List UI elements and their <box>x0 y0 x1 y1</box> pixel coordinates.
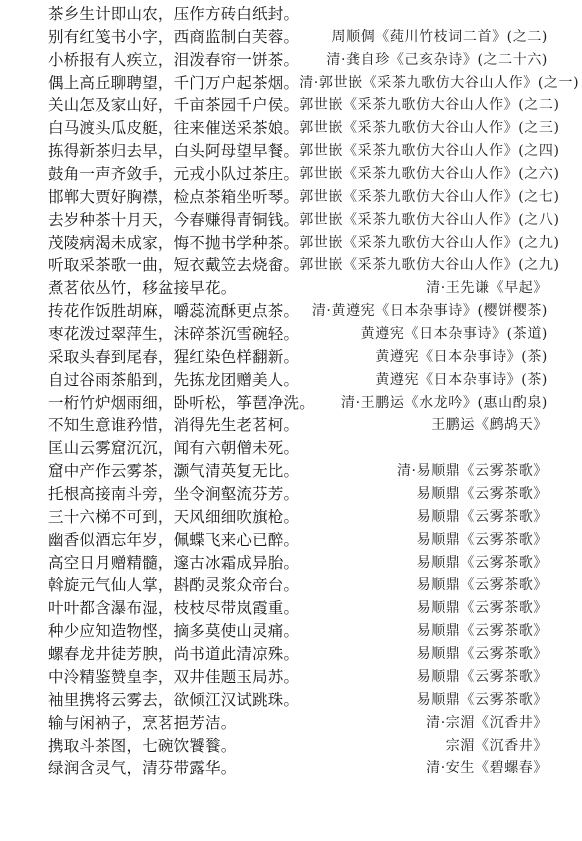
verse-text: 叶叶都含瀑布湿，枝枝尽带岚霞重。 <box>48 597 299 620</box>
verse-attribution: 清·易顺鼎《云雾茶歌》 <box>397 460 548 483</box>
verse-text: 高空日月赠精髓，邃古冰霜成异胎。 <box>48 552 299 575</box>
verse-attribution: 易顺鼎《云雾茶歌》 <box>417 552 548 575</box>
verse-text: 一桁竹炉烟雨细，卧听松，筝琶净洗。 <box>48 392 315 415</box>
verse-text: 鼓角一声齐敛手，元戎小队过茶庄。 <box>48 163 299 186</box>
verse-attribution: 易顺鼎《云雾茶歌》 <box>417 529 548 552</box>
verse-text: 袖里携将云雾去，欲倾江汉试跳珠。 <box>48 689 299 712</box>
verse-attribution: 清·王鹏运《水龙吟》(惠山酌泉) <box>341 392 548 415</box>
verse-line: 绿润含灵气，清芬带露华。清·安生《碧螺春》 <box>48 757 548 780</box>
verse-text: 茂陵病渴未成家，悔不抛书学种茶。 <box>48 232 299 255</box>
verse-attribution: 易顺鼎《云雾茶歌》 <box>417 643 548 666</box>
verse-attribution: 清·郭世嵌《采茶九歌仿大谷山人作》(之一) <box>299 72 579 95</box>
verse-text: 斡旋元气仙人掌，斟酌灵浆众帝台。 <box>48 574 299 597</box>
verse-attribution: 郭世嵌《采茶九歌仿大谷山人作》(之九) <box>299 232 559 255</box>
verse-text: 去岁种茶十月天，今春赚得青铜钱。 <box>48 209 299 232</box>
verse-line: 采取头春到尾春，猩红染色样翻新。黄遵宪《日本杂事诗》(茶) <box>48 346 548 369</box>
verse-text: 听取采茶歌一曲，短衣戴笠去烧畲。 <box>48 254 299 277</box>
verse-line: 螺春龙井徒芳腴，尚书道此清凉殊。易顺鼎《云雾茶歌》 <box>48 643 548 666</box>
verse-text: 中泠精鉴赞皇李，双井佳题玉局苏。 <box>48 666 299 689</box>
verse-text: 匡山云雾窟沉沉，闻有六朝僧未死。 <box>48 437 299 460</box>
verse-text: 携取斗茶图，七碗饮饕餮。 <box>48 735 236 758</box>
verse-line: 鼓角一声齐敛手，元戎小队过茶庄。郭世嵌《采茶九歌仿大谷山人作》(之六) <box>48 163 548 186</box>
verse-text: 螺春龙井徒芳腴，尚书道此清凉殊。 <box>48 643 299 666</box>
verse-line: 匡山云雾窟沉沉，闻有六朝僧未死。 <box>48 437 548 460</box>
verse-line: 茶乡生计即山农，压作方砖白纸封。 <box>48 3 548 26</box>
verse-attribution: 清·王先谦《早起》 <box>426 277 548 300</box>
verse-line: 去岁种茶十月天，今春赚得青铜钱。郭世嵌《采茶九歌仿大谷山人作》(之八) <box>48 209 548 232</box>
verse-line: 煮茗依丛竹，移盆接早花。清·王先谦《早起》 <box>48 277 548 300</box>
verse-text: 窟中产作云雾茶，灏气清英复无比。 <box>48 460 299 483</box>
verse-line: 枣花泼过翠萍生，沫碎茶沉雪碗轻。黄遵宪《日本杂事诗》(茶道) <box>48 323 548 346</box>
verse-line: 叶叶都含瀑布湿，枝枝尽带岚霞重。易顺鼎《云雾茶歌》 <box>48 597 548 620</box>
verse-attribution: 易顺鼎《云雾茶歌》 <box>417 689 548 712</box>
verse-attribution: 王鹏运《鹧鸪天》 <box>431 414 548 437</box>
verse-attribution: 易顺鼎《云雾茶歌》 <box>417 666 548 689</box>
verse-attribution: 清·龚自珍《己亥杂诗》(之二十六) <box>326 49 548 72</box>
verse-attribution: 易顺鼎《云雾茶歌》 <box>417 620 548 643</box>
verse-line: 别有红笺书小字，西商监制白芙蓉。周顺倜《莼川竹枝词二首》(之二) <box>48 26 548 49</box>
verse-text: 采取头春到尾春，猩红染色样翻新。 <box>48 346 299 369</box>
verse-attribution: 易顺鼎《云雾茶歌》 <box>417 483 548 506</box>
verse-line: 茂陵病渴未成家，悔不抛书学种茶。郭世嵌《采茶九歌仿大谷山人作》(之九) <box>48 232 548 255</box>
verse-list: 茶乡生计即山农，压作方砖白纸封。别有红笺书小字，西商监制白芙蓉。周顺倜《莼川竹枝… <box>48 3 548 780</box>
verse-line: 自过谷雨茶船到，先拣龙团赠美人。黄遵宪《日本杂事诗》(茶) <box>48 369 548 392</box>
verse-attribution: 宗湄《沉香井》 <box>446 735 548 758</box>
verse-attribution: 郭世嵌《采茶九歌仿大谷山人作》(之三) <box>299 117 559 140</box>
verse-text: 幽香似酒忘年岁，佩蝶飞来心已醉。 <box>48 529 299 552</box>
verse-text: 枣花泼过翠萍生，沫碎茶沉雪碗轻。 <box>48 323 299 346</box>
verse-line: 白马渡头瓜皮艇，往来催送采茶娘。郭世嵌《采茶九歌仿大谷山人作》(之三) <box>48 117 548 140</box>
verse-line: 偶上高丘聊聘望，千门万户起茶烟。清·郭世嵌《采茶九歌仿大谷山人作》(之一) <box>48 72 548 95</box>
verse-line: 邯郸大贾好胸襟，检点茶箱坐听琴。郭世嵌《采茶九歌仿大谷山人作》(之七) <box>48 186 548 209</box>
verse-line: 窟中产作云雾茶，灏气清英复无比。清·易顺鼎《云雾茶歌》 <box>48 460 548 483</box>
verse-line: 一桁竹炉烟雨细，卧听松，筝琶净洗。清·王鹏运《水龙吟》(惠山酌泉) <box>48 392 548 415</box>
verse-attribution: 黄遵宪《日本杂事诗》(茶) <box>375 369 548 392</box>
verse-text: 小桥报有人疾立，泪泼春帘一饼茶。 <box>48 49 299 72</box>
verse-line: 不知生意谁矜惜，消得先生老茗柯。王鹏运《鹧鸪天》 <box>48 414 548 437</box>
verse-attribution: 郭世嵌《采茶九歌仿大谷山人作》(之二) <box>299 94 559 117</box>
verse-text: 拣得新茶归去早，白头阿母望早餐。 <box>48 140 299 163</box>
verse-line: 输与闲衲子，烹茗挹芳洁。清·宗湄《沉香井》 <box>48 712 548 735</box>
verse-attribution: 易顺鼎《云雾茶歌》 <box>417 574 548 597</box>
verse-text: 不知生意谁矜惜，消得先生老茗柯。 <box>48 414 299 437</box>
verse-text: 输与闲衲子，烹茗挹芳洁。 <box>48 712 236 735</box>
verse-text: 偶上高丘聊聘望，千门万户起茶烟。 <box>48 72 299 95</box>
verse-line: 幽香似酒忘年岁，佩蝶飞来心已醉。易顺鼎《云雾茶歌》 <box>48 529 548 552</box>
verse-line: 抟花作饭胜胡麻，嚼蕊流酥更点茶。清·黄遵宪《日本杂事诗》(樱饼樱茶) <box>48 300 548 323</box>
verse-attribution: 黄遵宪《日本杂事诗》(茶道) <box>361 323 548 346</box>
verse-text: 邯郸大贾好胸襟，检点茶箱坐听琴。 <box>48 186 299 209</box>
verse-text: 种少应知造物悭，摘多莫使山灵痛。 <box>48 620 299 643</box>
verse-line: 小桥报有人疾立，泪泼春帘一饼茶。清·龚自珍《己亥杂诗》(之二十六) <box>48 49 548 72</box>
verse-text: 自过谷雨茶船到，先拣龙团赠美人。 <box>48 369 299 392</box>
verse-text: 别有红笺书小字，西商监制白芙蓉。 <box>48 26 299 49</box>
verse-text: 托根高接南斗旁，坐令涧壑流芬芳。 <box>48 483 299 506</box>
verse-attribution: 郭世嵌《采茶九歌仿大谷山人作》(之四) <box>299 140 559 163</box>
verse-line: 拣得新茶归去早，白头阿母望早餐。郭世嵌《采茶九歌仿大谷山人作》(之四) <box>48 140 548 163</box>
verse-attribution: 郭世嵌《采茶九歌仿大谷山人作》(之九) <box>299 254 559 277</box>
verse-attribution: 黄遵宪《日本杂事诗》(茶) <box>375 346 548 369</box>
verse-text: 煮茗依丛竹，移盆接早花。 <box>48 277 236 300</box>
verse-line: 关山怎及家山好，千亩茶园千户侯。郭世嵌《采茶九歌仿大谷山人作》(之二) <box>48 94 548 117</box>
verse-text: 三十六梯不可到，天风细细吹旗枪。 <box>48 506 299 529</box>
verse-line: 高空日月赠精髓，邃古冰霜成异胎。易顺鼎《云雾茶歌》 <box>48 552 548 575</box>
verse-text: 茶乡生计即山农，压作方砖白纸封。 <box>48 3 299 26</box>
verse-text: 白马渡头瓜皮艇，往来催送采茶娘。 <box>48 117 299 140</box>
verse-line: 三十六梯不可到，天风细细吹旗枪。易顺鼎《云雾茶歌》 <box>48 506 548 529</box>
verse-line: 听取采茶歌一曲，短衣戴笠去烧畲。郭世嵌《采茶九歌仿大谷山人作》(之九) <box>48 254 548 277</box>
verse-line: 托根高接南斗旁，坐令涧壑流芬芳。易顺鼎《云雾茶歌》 <box>48 483 548 506</box>
verse-attribution: 周顺倜《莼川竹枝词二首》(之二) <box>331 26 548 49</box>
document-page: 茶乡生计即山农，压作方砖白纸封。别有红笺书小字，西商监制白芙蓉。周顺倜《莼川竹枝… <box>0 0 582 841</box>
verse-line: 种少应知造物悭，摘多莫使山灵痛。易顺鼎《云雾茶歌》 <box>48 620 548 643</box>
verse-attribution: 郭世嵌《采茶九歌仿大谷山人作》(之六) <box>299 163 559 186</box>
verse-text: 绿润含灵气，清芬带露华。 <box>48 757 236 780</box>
verse-attribution: 易顺鼎《云雾茶歌》 <box>417 597 548 620</box>
verse-attribution: 清·宗湄《沉香井》 <box>426 712 548 735</box>
verse-attribution: 清·安生《碧螺春》 <box>426 757 548 780</box>
verse-text: 抟花作饭胜胡麻，嚼蕊流酥更点茶。 <box>48 300 299 323</box>
verse-line: 袖里携将云雾去，欲倾江汉试跳珠。易顺鼎《云雾茶歌》 <box>48 689 548 712</box>
verse-attribution: 郭世嵌《采茶九歌仿大谷山人作》(之八) <box>299 209 559 232</box>
verse-line: 中泠精鉴赞皇李，双井佳题玉局苏。易顺鼎《云雾茶歌》 <box>48 666 548 689</box>
verse-text: 关山怎及家山好，千亩茶园千户侯。 <box>48 94 299 117</box>
verse-line: 携取斗茶图，七碗饮饕餮。宗湄《沉香井》 <box>48 735 548 758</box>
verse-line: 斡旋元气仙人掌，斟酌灵浆众帝台。易顺鼎《云雾茶歌》 <box>48 574 548 597</box>
verse-attribution: 清·黄遵宪《日本杂事诗》(樱饼樱茶) <box>312 300 548 323</box>
verse-attribution: 郭世嵌《采茶九歌仿大谷山人作》(之七) <box>299 186 559 209</box>
verse-attribution: 易顺鼎《云雾茶歌》 <box>417 506 548 529</box>
